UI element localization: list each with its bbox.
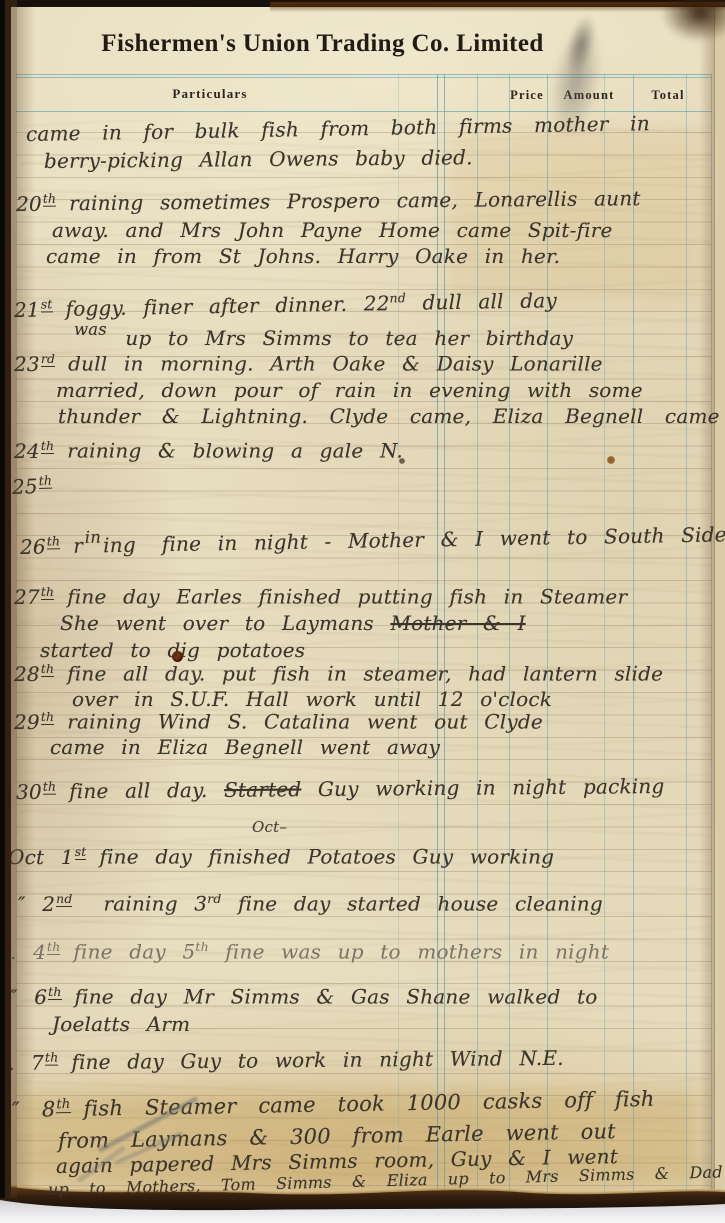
entry-date: 27th (14, 585, 54, 609)
diary-entry-line: ″ 2ndraining 3rd fine day started house … (18, 891, 603, 916)
diary-entry-line: 26thriningfine in night - Mother & I wen… (20, 522, 725, 559)
diary-entry-line: married, down pour of rain in evening wi… (56, 378, 643, 402)
diary-entry-line: came in for bulk fish from both firms mo… (26, 111, 650, 146)
diary-entry-line: berry-picking Allan Owens baby died. (44, 145, 473, 173)
diary-entry-line: over in S.U.F. Hall work until 12 o'cloc… (72, 687, 552, 711)
entry-date: 30th (16, 779, 56, 803)
diary-entry-line: 21stfoggy. finer after dinner. 22nd dull… (14, 288, 557, 322)
diary-entry-line: 25th (12, 472, 66, 498)
diary-entry-line: Oct 1stfine day finished Potatoes Guy wo… (8, 844, 554, 869)
burnt-edge (270, 2, 725, 12)
entry-date: 29th (14, 710, 54, 734)
diary-entries: came in for bulk fish from both firms mo… (0, 0, 725, 1223)
entry-date: ″ 2nd (18, 892, 72, 916)
diary-entry-line: She went over to Laymans Mother & I (60, 611, 526, 635)
binding-edge (0, 0, 17, 1198)
entry-date: 24th (14, 439, 54, 463)
diary-entry-line: . 4thfine day 5th fine was up to mothers… (10, 939, 609, 964)
diary-entry-line: ″ 8thfish Steamer came took 1000 casks o… (12, 1087, 655, 1122)
entry-date: ″ 8th (12, 1097, 71, 1122)
entry-date: 25th (12, 473, 53, 498)
diary-entry-line: . 7thfine day Guy to work in night Wind … (8, 1045, 564, 1075)
entry-date: 26th (20, 534, 61, 559)
diary-entry-line: was up to Mrs Simms to tea her birthday (72, 326, 573, 350)
diary-entry-line: ″ 6thfine day Mr Simms & Gas Shane walke… (10, 984, 598, 1009)
entry-date: 28th (14, 662, 54, 686)
diary-entry-line: 29thraining Wind S. Catalina went out Cl… (14, 709, 543, 734)
diary-entry-line: thunder & Lightning. Clyde came, Eliza B… (58, 404, 720, 428)
entry-date: Oct 1st (8, 845, 86, 869)
diary-entry-line: 20thraining sometimes Prospero came, Lon… (16, 186, 641, 216)
diary-entry-line: came in from St Johns. Harry Oake in her… (46, 244, 560, 268)
diary-entry-line: Oct– (252, 818, 287, 836)
entry-date: ″ 6th (10, 985, 62, 1009)
diary-entry-line: away. and Mrs John Payne Home came Spit-… (52, 218, 613, 242)
diary-entry-line: 30thfine all day. Started Guy working in… (16, 773, 665, 803)
diary-entry-line: 28thfine all day. put fish in steamer, h… (14, 661, 663, 686)
diary-entry-line: started to dig potatoes (40, 638, 305, 662)
diary-entry-line: came in Eliza Begnell went away (50, 735, 440, 759)
scanned-ledger-page: Fishermen's Union Trading Co. Limited Pa… (0, 0, 725, 1223)
entry-date: 23rd (14, 352, 55, 376)
diary-entry-line: 27thfine day Earles finished putting fis… (14, 584, 627, 609)
entry-date: 21st (14, 297, 53, 322)
entry-date: 20th (16, 191, 56, 215)
diary-entry-line: Joelatts Arm (52, 1012, 190, 1036)
diary-entry-line: 23rddull in morning. Arth Oake & Daisy L… (14, 351, 603, 376)
diary-entry-line: 24thraining & blowing a gale N. (14, 438, 403, 463)
entry-date: . 4th (10, 940, 60, 964)
